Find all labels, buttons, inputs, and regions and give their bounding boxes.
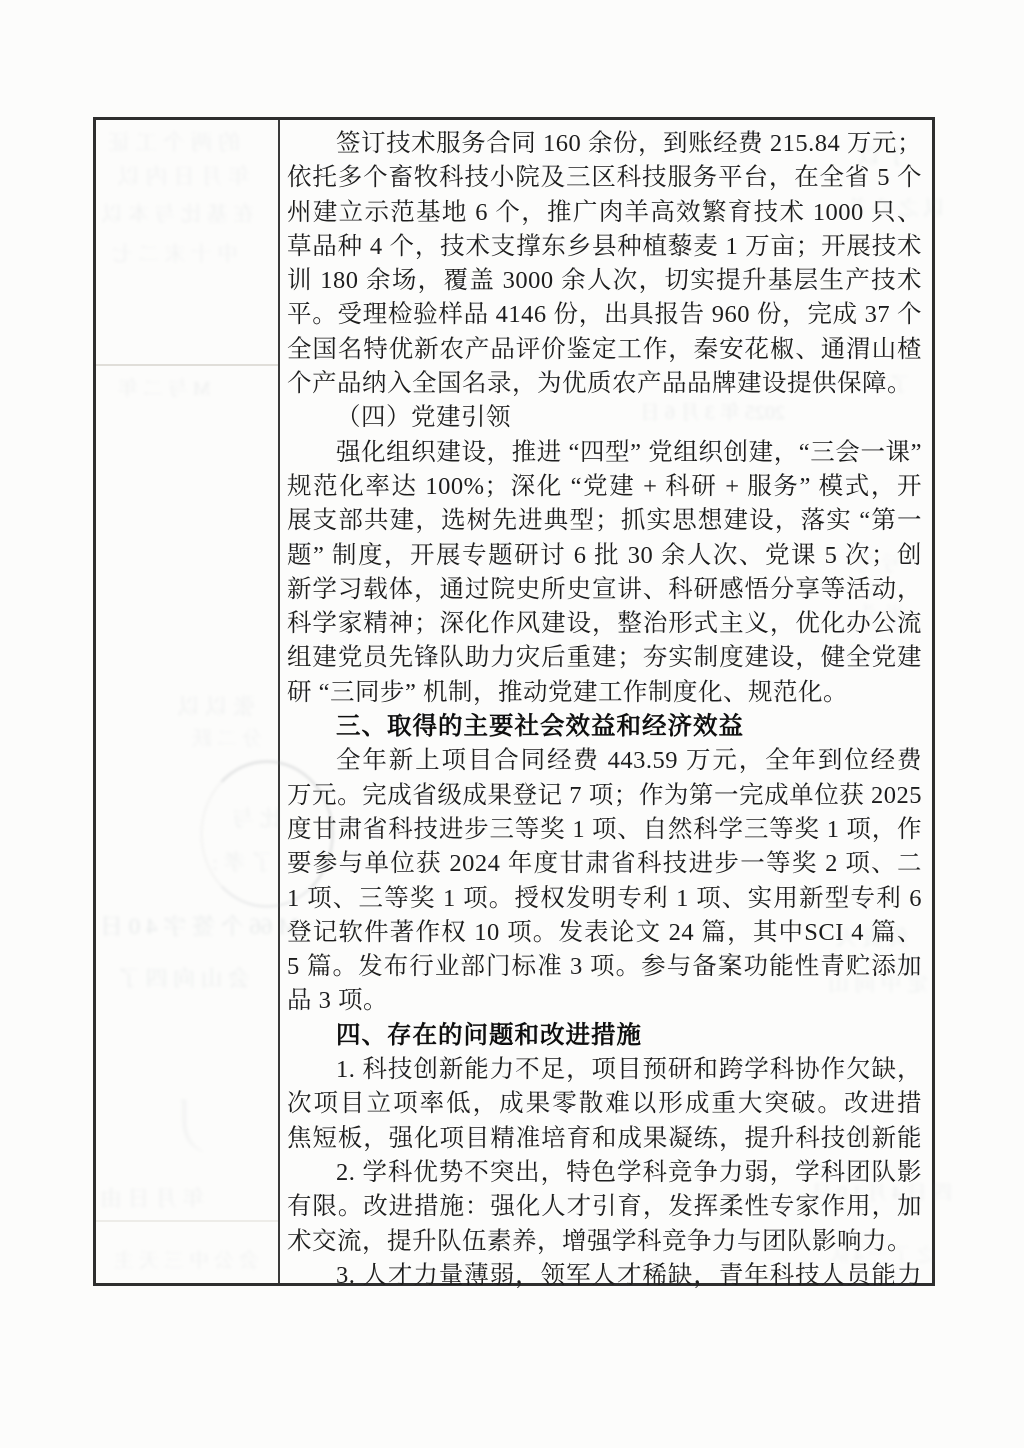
text-line: 题” 制度，开展专题研讨 6 批 30 余人次、党课 5 次；创 [287,539,922,573]
text-line: 次项目立项率低，成果零散难以形成重大突破。改进措施：聚 [287,1087,922,1121]
text-line: 训 180 余场，覆盖 3000 余人次，切实提升基层生产技术水 [287,264,922,298]
faint-row-divider [96,1220,278,1222]
text-line: 焦短板，强化项目精准培育和成果凝练，提升科技创新能力。 [287,1122,922,1156]
text-line: 有限。改进措施：强化人才引育，发挥柔性专家作用，加强学 [287,1190,922,1224]
text-line: 草品种 4 个，技术支撑东乡县种植藜麦 1 万亩；开展技术培 [287,230,922,264]
text-line: 要参与单位获 2024 年度甘肃省科技进步一等奖 2 项、二等奖 [287,847,922,881]
text-line: （四）党建引领 [287,401,922,435]
section-heading-line: 四、存在的问题和改进措施 [287,1019,922,1053]
text-line: 度甘肃省科技进步三等奖 1 项、自然科学三等奖 1 项，作为主 [287,813,922,847]
table-right-cell: 签订技术服务合同 160 余份，到账经费 215.84 万元；依托多个畜牧科技小… [280,120,932,1283]
text-line: 组建党员先锋队助力灾后重建；夯实制度建设，健全党建与科 [287,641,922,675]
text-line: 规范化率达 100%；深化 “党建 + 科研 + 服务” 模式，开 [287,470,922,504]
text-line: 1 项、三等奖 1 项。授权发明专利 1 项、实用新型专利 6 项， [287,882,922,916]
text-line: 新学习载体，通过院史所史宣讲、科研感悟分享等活动，弘扬 [287,573,922,607]
table-left-cell [96,120,278,1283]
text-lines: 签订技术服务合同 160 余份，到账经费 215.84 万元；依托多个畜牧科技小… [287,127,922,1293]
text-line: 5 篇。发布行业部门标准 3 项。参与备案功能性青贮添加剂产 [287,950,922,984]
text-line: 平。受理检验样品 4146 份，出具报告 960 份，完成 37 个 [287,298,922,332]
text-line: 全年新上项目合同经费 443.59 万元，全年到位经费 409.5 [287,744,922,778]
text-line: 签订技术服务合同 160 余份，到账经费 215.84 万元； [287,127,922,161]
section-heading-line: 三、取得的主要社会效益和经济效益 [287,710,922,744]
text-line: 1. 科技创新能力不足，项目预研和跨学科协作欠缺，高层 [287,1053,922,1087]
text-line: 强化组织建设，推进 “四型” 党组织创建，“三会一课” [287,436,922,470]
text-line: 州建立示范基地 6 个，推广肉羊高效繁育技术 1000 只、饲 [287,196,922,230]
text-line: 科学家精神；深化作风建设，整治形式主义，优化办公流程， [287,607,922,641]
text-line: 术交流，提升队伍素养，增强学科竞争力与团队影响力。 [287,1225,922,1259]
text-line: 全国名特优新农产品评价鉴定工作，秦安花椒、通渭山楂等 22 [287,333,922,367]
document-page: 签订技术服务合同 160 余份，到账经费 215.84 万元；依托多个畜牧科技小… [0,0,1024,1448]
report-table: 签订技术服务合同 160 余份，到账经费 215.84 万元；依托多个畜牧科技小… [93,117,935,1286]
faint-row-divider [96,364,278,366]
text-line: 登记软件著作权 10 项。发表论文 24 篇，其中SCI 4 篇、CSCD [287,916,922,950]
text-line: 品 3 项。 [287,984,922,1018]
text-line: 研 “三同步” 机制，推动党建工作制度化、规范化。 [287,676,922,710]
text-line: 3. 人才力量薄弱，领军人才稀缺，青年科技人员能力不足。 [287,1259,922,1293]
text-line: 万元。完成省级成果登记 7 项；作为第一完成单位获 2025 年 [287,779,922,813]
text-line: 2. 学科优势不突出，特色学科竞争力弱，学科团队影响力 [287,1156,922,1190]
text-line: 个产品纳入全国名录，为优质农产品品牌建设提供保障。 [287,367,922,401]
text-line: 依托多个畜牧科技小院及三区科技服务平台，在全省 5 个市 [287,161,922,195]
text-line: 展支部共建，选树先进典型；抓实思想建设，落实 “第一议 [287,504,922,538]
